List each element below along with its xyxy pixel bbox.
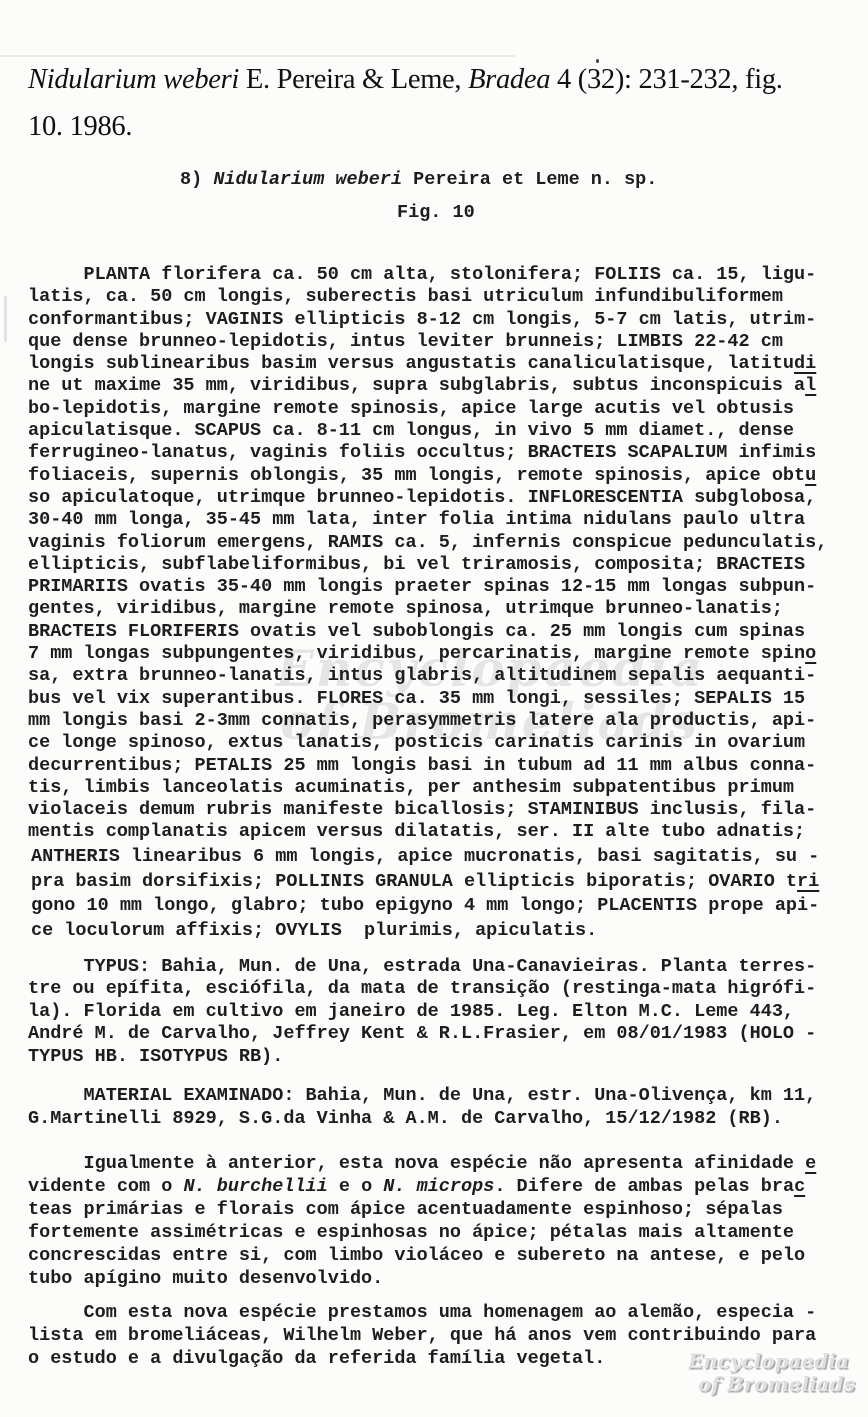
text-line: PLANTA florifera ca. 50 cm alta, stoloni… xyxy=(28,264,827,286)
text-line: vaginis foliorum emergens, RAMIS ca. 5, … xyxy=(28,532,827,554)
text-line: mm longis basi 2-3mm connatis, perasymme… xyxy=(28,710,827,732)
text-line: MATERIAL EXAMINADO: Bahia, Mun. de Una, … xyxy=(28,1085,816,1108)
text-line: sa, extra brunneo-lanatis, intus glabris… xyxy=(28,665,827,687)
text-line: BRACTEIS FLORIFERIS ovatis vel suboblong… xyxy=(28,621,827,643)
text-line: fortemente assimétricas e espinhosas no … xyxy=(28,1221,816,1244)
text-line: 30-40 mm longa, 35-45 mm lata, inter fol… xyxy=(28,509,827,531)
material-examined-paragraph: MATERIAL EXAMINADO: Bahia, Mun. de Una, … xyxy=(28,1085,816,1130)
figure-reference: Fig. 10 xyxy=(397,202,475,224)
text-line: ce loculorum affixis; OVYLIS plurimis, a… xyxy=(31,919,819,944)
text-line: ne ut maxime 35 mm, viridibus, supra sub… xyxy=(28,375,827,397)
text-line: vidente com o N. burchellii e o N. micro… xyxy=(28,1175,816,1198)
scanned-document-page: Encyclopaedia of Bromeliads Nidularium w… xyxy=(0,0,868,1417)
text-line: concrescidas entre si, com limbo violáce… xyxy=(28,1244,816,1267)
text-line: longis sublinearibus basim versus angust… xyxy=(28,353,827,375)
text-line: lista em bromeliáceas, Wilhelm Weber, qu… xyxy=(28,1324,816,1347)
text-line: Igualmente à anterior, esta nova espécie… xyxy=(28,1152,816,1175)
species-heading: 8) Nidularium weberi Pereira et Leme n. … xyxy=(180,169,657,191)
text-line: ellipticis, subflabeliformibus, bi vel t… xyxy=(28,554,827,576)
text-line: TYPUS HB. ISOTYPUS RB). xyxy=(28,1046,816,1068)
watermark-encyclopaedia-corner: Encyclopaedia of Bromeliads xyxy=(676,1350,861,1396)
text-line: 8) Nidularium weberi Pereira et Leme n. … xyxy=(180,169,657,191)
text-line: mentis complanatis apicem versus dilatat… xyxy=(28,821,827,843)
text-line: André M. de Carvalho, Jeffrey Kent & R.L… xyxy=(28,1023,816,1045)
ink-speck xyxy=(501,402,503,404)
text-line: la). Florida em cultivo em janeiro de 19… xyxy=(28,1001,816,1023)
text-line: TYPUS: Bahia, Mun. de Una, estrada Una-C… xyxy=(28,956,816,978)
text-line: gono 10 mm longo, glabro; tubo epigyno 4… xyxy=(31,894,819,919)
text-line: ce longe spinoso, extus lanatis, postici… xyxy=(28,732,827,754)
text-line: 10. 1986. xyxy=(28,103,783,150)
text-line: so apiculatoque, utrimque brunneo-lepido… xyxy=(28,487,827,509)
text-line: bo-lepidotis, margine remote spinosis, a… xyxy=(28,398,827,420)
text-line: pra basim dorsifixis; POLLINIS GRANULA e… xyxy=(31,870,819,895)
text-line: Com esta nova espécie prestamos uma home… xyxy=(28,1301,816,1324)
watermark-line: Encyclopaedia xyxy=(676,1350,861,1373)
text-line: que dense brunneo-lepidotis, intus levit… xyxy=(28,331,827,353)
text-line: ferrugineo-lanatus, vaginis foliis occul… xyxy=(28,442,827,464)
text-line: teas primárias e florais com ápice acent… xyxy=(28,1198,816,1221)
text-line: conformantibus; VAGINIS ellipticis 8-12 … xyxy=(28,309,827,331)
text-line: foliaceis, supernis oblongis, 35 mm long… xyxy=(28,465,827,487)
text-line: bus vel vix superantibus. FLORES ca. 35 … xyxy=(28,688,827,710)
journal-citation: Nidularium weberi E. Pereira & Leme, Bra… xyxy=(28,56,783,150)
text-line: apiculatisque. SCAPUS ca. 8-11 cm longus… xyxy=(28,420,827,442)
text-line: 7 mm longas subpungentes, viridibus, per… xyxy=(28,643,827,665)
ink-speck xyxy=(378,293,380,295)
latin-diagnosis-continued: ANTHERIS linearibus 6 mm longis, apice m… xyxy=(31,845,819,943)
text-line: PRIMARIIS ovatis 35-40 mm longis praeter… xyxy=(28,576,827,598)
text-line: tre ou epífita, esciófila, da mata de tr… xyxy=(28,978,816,1000)
text-line: ANTHERIS linearibus 6 mm longis, apice m… xyxy=(31,845,819,870)
text-line: decurrentibus; PETALIS 25 mm longis basi… xyxy=(28,755,827,777)
text-line: gentes, viridibus, margine remote spinos… xyxy=(28,598,827,620)
text-line: G.Martinelli 8929, S.G.da Vinha & A.M. d… xyxy=(28,1108,816,1131)
text-line: violaceis demum rubris manifeste bicallo… xyxy=(28,799,827,821)
comparison-paragraph: Igualmente à anterior, esta nova espécie… xyxy=(28,1152,816,1290)
latin-diagnosis: PLANTA florifera ca. 50 cm alta, stoloni… xyxy=(28,264,827,844)
text-line: tis, limbis lanceolatis acuminatis, per … xyxy=(28,777,827,799)
text-line: latis, ca. 50 cm longis, suberectis basi… xyxy=(28,286,827,308)
watermark-line: of Bromeliads xyxy=(692,1373,861,1396)
scan-artifact-streak xyxy=(4,296,7,342)
typus-paragraph: TYPUS: Bahia, Mun. de Una, estrada Una-C… xyxy=(28,956,816,1068)
text-line: tubo apígino muito desenvolvido. xyxy=(28,1267,816,1290)
ink-speck xyxy=(596,59,599,63)
text-line: Nidularium weberi E. Pereira & Leme, Bra… xyxy=(28,56,783,103)
